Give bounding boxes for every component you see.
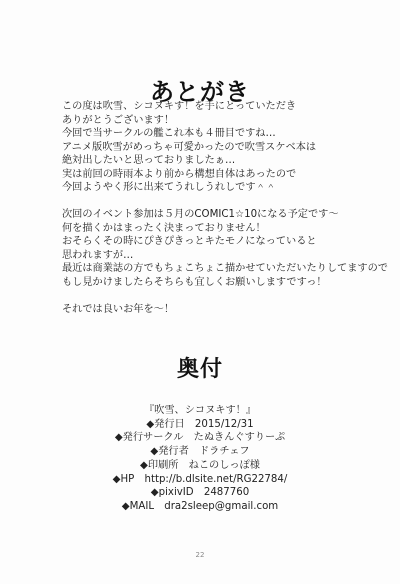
text-line: 今回ようやく形に出来てうれしうれしです＾＾ (62, 181, 392, 195)
afterword-body: この度は吹雪、シコヌキす！を手にとっていただき ありがとうございます！ 今回で当… (62, 100, 392, 316)
text-line: 実は前回の時雨本より前から構想自体はあったので (62, 168, 392, 182)
text-line: それでは良いお年を～！ (62, 303, 392, 317)
afterword-paragraph-3: それでは良いお年を～！ (62, 303, 392, 317)
publishing-circle: ◆発行サークル たぬきんぐすりーぷ (0, 431, 400, 445)
text-line: 最近は商業誌の方でもちょこちょこ描かせていただいたりしてますので (62, 262, 392, 276)
publisher: ◆発行者 ドラチェフ (0, 445, 400, 459)
homepage: ◆HP http://b.dlsite.net/RG22784/ (0, 473, 400, 487)
text-line: おそらくその時にぴきぴきっとキたモノになっていると (62, 235, 392, 249)
text-line: この度は吹雪、シコヌキす！を手にとっていただき (62, 100, 392, 114)
text-line: 次回のイベント参加は５月のCOMIC1☆10になる予定です～ (62, 208, 392, 222)
colophon-title: 奥付 (0, 352, 400, 383)
printer: ◆印刷所 ねこのしっぽ様 (0, 459, 400, 473)
pixiv-id: ◆pixivID 2487760 (0, 486, 400, 500)
text-line: アニメ版吹雪がめっちゃ可愛かったので吹雪スケベ本は (62, 141, 392, 155)
document-page: あとがき この度は吹雪、シコヌキす！を手にとっていただき ありがとうございます！… (0, 0, 400, 584)
email: ◆MAIL dra2sleep@gmail.com (0, 500, 400, 514)
text-line: 何を描くかはまったく決まっておりません！ (62, 222, 392, 236)
afterword-paragraph-1: この度は吹雪、シコヌキす！を手にとっていただき ありがとうございます！ 今回で当… (62, 100, 392, 195)
text-line: 今回で当サークルの艦これ本も４冊目ですね… (62, 127, 392, 141)
publish-date: ◆発行日 2015/12/31 (0, 418, 400, 432)
book-title: 『吹雪、シコヌキす！』 (0, 404, 400, 418)
page-number: 22 (0, 551, 400, 559)
paragraph-gap (62, 195, 392, 209)
text-line: 絶対出したいと思っておりましたぁ… (62, 154, 392, 168)
paragraph-gap (62, 289, 392, 303)
afterword-paragraph-2: 次回のイベント参加は５月のCOMIC1☆10になる予定です～ 何を描くかはまった… (62, 208, 392, 289)
colophon-info: 『吹雪、シコヌキす！』 ◆発行日 2015/12/31 ◆発行サークル たぬきん… (0, 404, 400, 514)
text-line: ありがとうございます！ (62, 114, 392, 128)
text-line: 思われますが… (62, 249, 392, 263)
text-line: もし見かけましたらそちらも宜しくお願いしますですっ！ (62, 276, 392, 290)
